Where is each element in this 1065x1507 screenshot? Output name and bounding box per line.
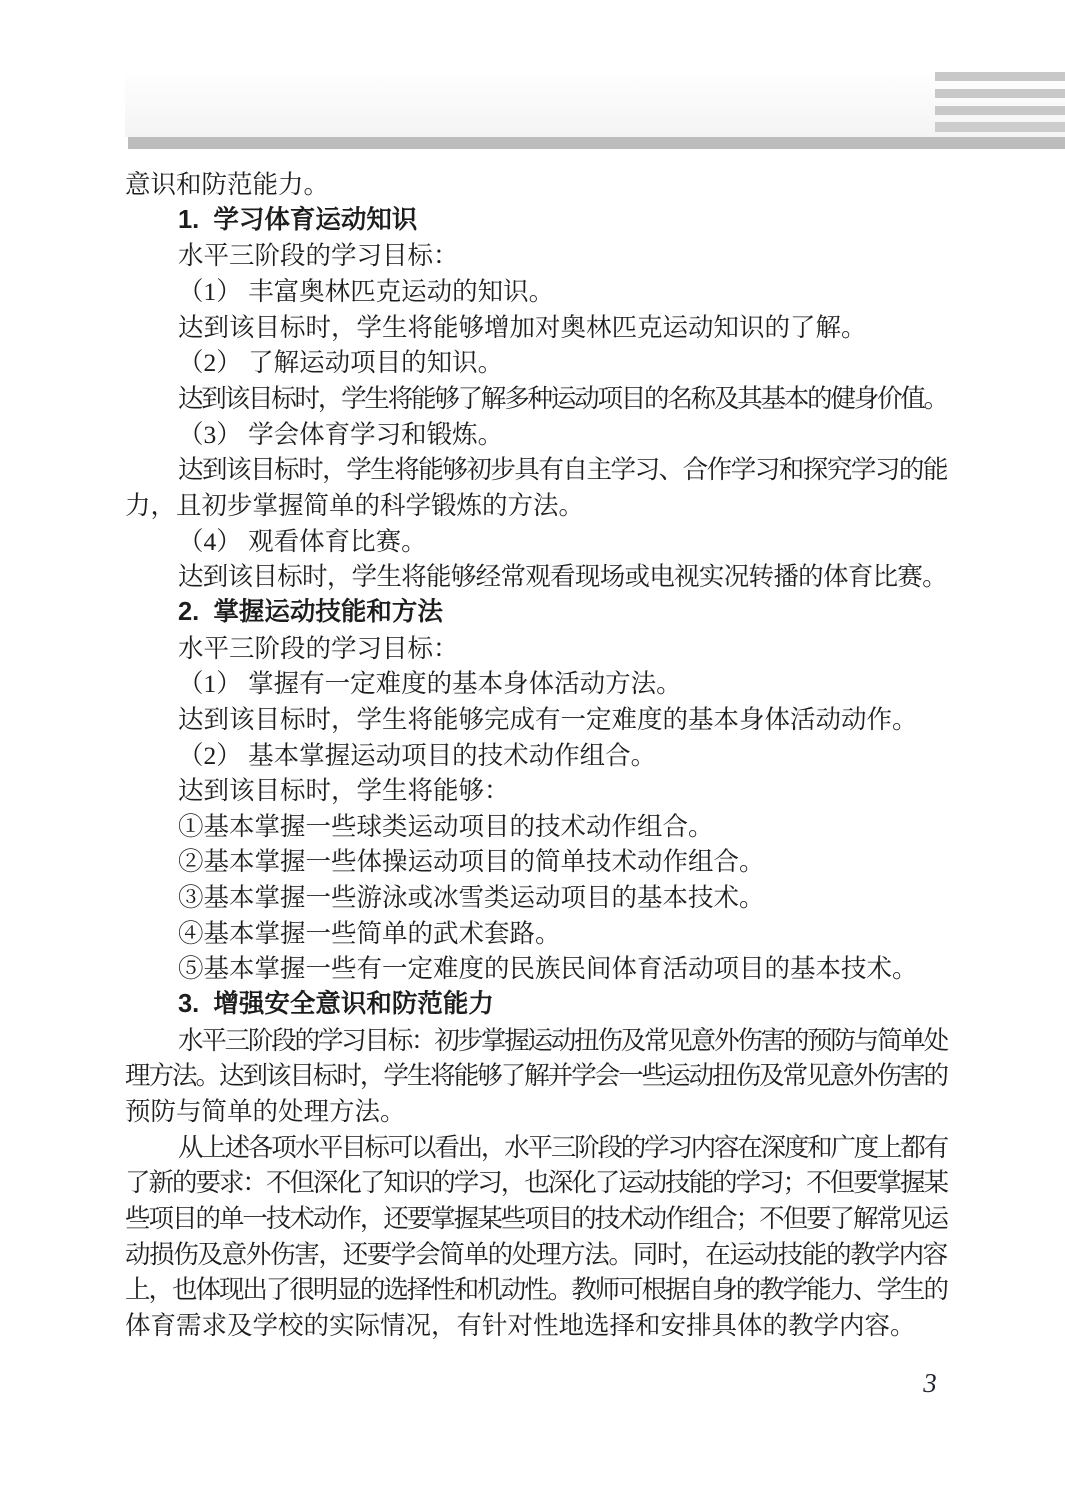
line-text: 了新的要求：不但深化了知识的学习，也深化了运动技能的学习；不但要掌握某 xyxy=(125,1168,947,1197)
line-text: 达到该目标时，学生将能够初步具有自主学习、合作学习和探究学习的能 xyxy=(178,455,947,484)
line-text: ②基本掌握一些体操运动项目的简单技术动作组合。 xyxy=(178,847,765,876)
text-line: 些项目的单一技术动作，还要掌握某些项目的技术动作组合；不但要了解常见运 xyxy=(125,1201,947,1237)
text-line: ④基本掌握一些简单的武术套路。 xyxy=(125,916,947,952)
line-text: 达到该目标时，学生将能够增加对奥林匹克运动知识的了解。 xyxy=(178,313,867,342)
text-line: 达到该目标时，学生将能够初步具有自主学习、合作学习和探究学习的能 xyxy=(125,452,947,488)
line-text: 体育需求及学校的实际情况，有针对性地选择和安排具体的教学内容。 xyxy=(125,1311,916,1340)
text-line: ③基本掌握一些游泳或冰雪类运动项目的基本技术。 xyxy=(125,880,947,916)
text-line: （4） 观看体育比赛。 xyxy=(125,524,947,560)
text-line: （1） 掌握有一定难度的基本身体活动方法。 xyxy=(125,666,947,702)
text-line: 达到该目标时，学生将能够经常观看现场或电视实况转播的体育比赛。 xyxy=(125,559,947,595)
line-text: 水平三阶段的学习目标： xyxy=(178,241,459,270)
header-shade-block xyxy=(125,74,1065,137)
line-text: 从上述各项水平目标可以看出，水平三阶段的学习内容在深度和广度上都有 xyxy=(178,1133,947,1162)
text-line: 动损伤及意外伤害，还要学会简单的处理方法。同时，在运动技能的教学内容 xyxy=(125,1237,947,1273)
line-text: 达到该目标时，学生将能够经常观看现场或电视实况转播的体育比赛。 xyxy=(178,562,947,591)
header-stripes xyxy=(935,72,1065,132)
line-text: 意识和防范能力。 xyxy=(125,170,329,199)
text-line: （2） 基本掌握运动项目的技术动作组合。 xyxy=(125,738,947,774)
line-text: 预防与简单的处理方法。 xyxy=(125,1097,406,1126)
text-line: 预防与简单的处理方法。 xyxy=(125,1094,947,1130)
text-line: 水平三阶段的学习目标：初步掌握运动扭伤及常见意外伤害的预防与简单处 xyxy=(125,1023,947,1059)
text-line: 力，且初步掌握简单的科学锻炼的方法。 xyxy=(125,488,947,524)
header-stripe xyxy=(935,106,1065,115)
line-text: 动损伤及意外伤害，还要学会简单的处理方法。同时，在运动技能的教学内容 xyxy=(125,1240,947,1269)
header-stripe xyxy=(935,122,1065,132)
line-text: 达到该目标时，学生将能够完成有一定难度的基本身体活动动作。 xyxy=(178,705,918,734)
line-text: ⑤基本掌握一些有一定难度的民族民间体育活动项目的基本技术。 xyxy=(178,954,918,983)
text-line: 了新的要求：不但深化了知识的学习，也深化了运动技能的学习；不但要掌握某 xyxy=(125,1165,947,1201)
line-text: 1. 学习体育运动知识 xyxy=(178,206,417,234)
header-stripe xyxy=(935,72,1065,81)
section-heading: 2. 掌握运动技能和方法 xyxy=(125,595,947,631)
line-text: （1） 丰富奥林匹克运动的知识。 xyxy=(178,277,554,306)
page-number: 3 xyxy=(900,1368,960,1399)
line-text: 2. 掌握运动技能和方法 xyxy=(178,598,443,626)
text-line: 上，也体现出了很明显的选择性和机动性。教师可根据自身的教学能力、学生的 xyxy=(125,1272,947,1308)
text-line: （2） 了解运动项目的知识。 xyxy=(125,345,947,381)
header-stripe xyxy=(935,89,1065,98)
text-line: 体育需求及学校的实际情况，有针对性地选择和安排具体的教学内容。 xyxy=(125,1308,947,1344)
line-text: 上，也体现出了很明显的选择性和机动性。教师可根据自身的教学能力、学生的 xyxy=(125,1275,947,1304)
text-line: ⑤基本掌握一些有一定难度的民族民间体育活动项目的基本技术。 xyxy=(125,951,947,987)
text-line: 水平三阶段的学习目标： xyxy=(125,631,947,667)
header-rule-bar xyxy=(128,137,1065,149)
text-block: 意识和防范能力。1. 学习体育运动知识水平三阶段的学习目标：（1） 丰富奥林匹克… xyxy=(125,167,947,1344)
line-text: 理方法。达到该目标时，学生将能够了解并学会一些运动扭伤及常见意外伤害的 xyxy=(125,1061,947,1090)
text-line: 达到该目标时，学生将能够： xyxy=(125,773,947,809)
line-text: 达到该目标时，学生将能够： xyxy=(178,776,510,805)
line-text: 水平三阶段的学习目标：初步掌握运动扭伤及常见意外伤害的预防与简单处 xyxy=(178,1026,947,1055)
text-line: 达到该目标时，学生将能够增加对奥林匹克运动知识的了解。 xyxy=(125,310,947,346)
section-heading: 1. 学习体育运动知识 xyxy=(125,203,947,239)
text-line: ②基本掌握一些体操运动项目的简单技术动作组合。 xyxy=(125,844,947,880)
text-line: ①基本掌握一些球类运动项目的技术动作组合。 xyxy=(125,809,947,845)
line-text: 力，且初步掌握简单的科学锻炼的方法。 xyxy=(125,491,584,520)
text-line: （3） 学会体育学习和锻炼。 xyxy=(125,417,947,453)
text-line: 水平三阶段的学习目标： xyxy=(125,238,947,274)
line-text: 些项目的单一技术动作，还要掌握某些项目的技术动作组合；不但要了解常见运 xyxy=(125,1204,947,1233)
line-text: （3） 学会体育学习和锻炼。 xyxy=(178,420,503,449)
line-text: （1） 掌握有一定难度的基本身体活动方法。 xyxy=(178,669,682,698)
line-text: ①基本掌握一些球类运动项目的技术动作组合。 xyxy=(178,812,714,841)
line-text: （2） 了解运动项目的知识。 xyxy=(178,348,503,377)
text-line: 意识和防范能力。 xyxy=(125,167,947,203)
text-line: 达到该目标时，学生将能够了解多种运动项目的名称及其基本的健身价值。 xyxy=(125,381,947,417)
text-line: （1） 丰富奥林匹克运动的知识。 xyxy=(125,274,947,310)
section-heading: 3. 增强安全意识和防范能力 xyxy=(125,987,947,1023)
line-text: 达到该目标时，学生将能够了解多种运动项目的名称及其基本的健身价值。 xyxy=(178,384,947,413)
line-text: （2） 基本掌握运动项目的技术动作组合。 xyxy=(178,741,656,770)
text-line: 理方法。达到该目标时，学生将能够了解并学会一些运动扭伤及常见意外伤害的 xyxy=(125,1058,947,1094)
line-text: ④基本掌握一些简单的武术套路。 xyxy=(178,919,561,948)
line-text: ③基本掌握一些游泳或冰雪类运动项目的基本技术。 xyxy=(178,883,765,912)
line-text: 水平三阶段的学习目标： xyxy=(178,634,459,663)
document-page: 意识和防范能力。1. 学习体育运动知识水平三阶段的学习目标：（1） 丰富奥林匹克… xyxy=(0,0,1065,1507)
line-text: 3. 增强安全意识和防范能力 xyxy=(178,990,494,1018)
text-line: 达到该目标时，学生将能够完成有一定难度的基本身体活动动作。 xyxy=(125,702,947,738)
line-text: （4） 观看体育比赛。 xyxy=(178,527,427,556)
text-line: 从上述各项水平目标可以看出，水平三阶段的学习内容在深度和广度上都有 xyxy=(125,1130,947,1166)
